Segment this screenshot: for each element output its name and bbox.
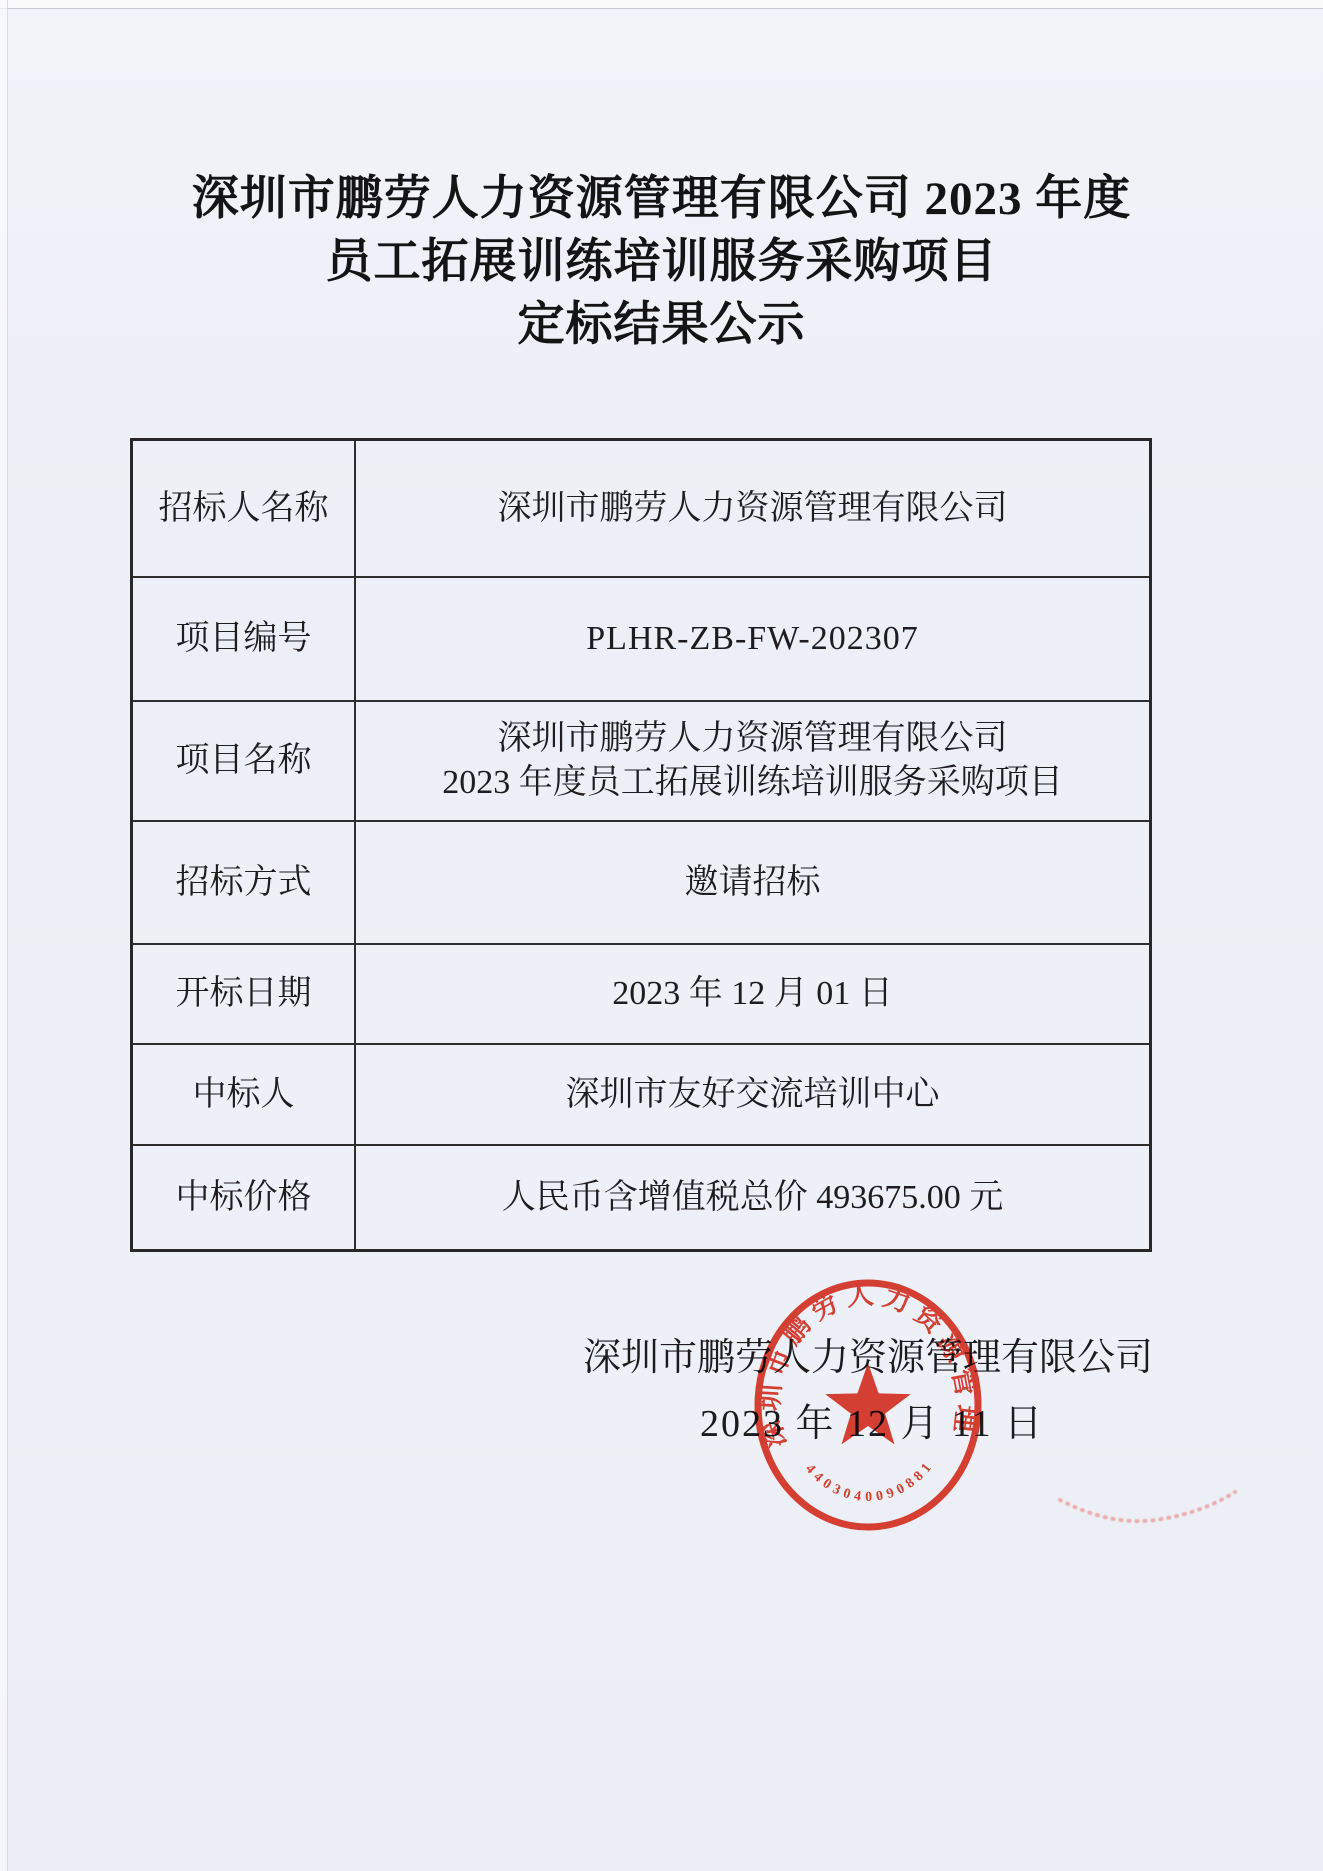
row-value-project-no: PLHR-ZB-FW-202307 xyxy=(356,578,1149,702)
title-line-2: 员工拓展训练培训服务采购项目 xyxy=(0,231,1323,294)
cell-text: 深圳市鹏劳人力资源管理有限公司 xyxy=(498,717,1008,761)
seal-number-text: 4403040090881 xyxy=(802,1459,936,1506)
cell-text: 2023 年度员工拓展训练培训服务采购项目 xyxy=(442,761,1063,805)
seal-star-icon xyxy=(825,1363,911,1444)
row-value-open-date: 2023 年 12 月 01 日 xyxy=(356,945,1149,1045)
title-line-1: 深圳市鹏劳人力资源管理有限公司 2023 年度 xyxy=(0,168,1323,231)
bid-result-table: 招标人名称 深圳市鹏劳人力资源管理有限公司 项目编号 PLHR-ZB-FW-20… xyxy=(130,438,1152,1252)
document-page: 深圳市鹏劳人力资源管理有限公司 2023 年度 员工拓展训练培训服务采购项目 定… xyxy=(0,0,1323,1871)
stamp-smudge-mark xyxy=(1050,1478,1250,1548)
row-value-project-name: 深圳市鹏劳人力资源管理有限公司 2023 年度员工拓展训练培训服务采购项目 xyxy=(356,702,1149,822)
row-label-open-date: 开标日期 xyxy=(133,945,356,1045)
cell-text: PLHR-ZB-FW-202307 xyxy=(586,617,918,661)
cell-text: 深圳市友好交流培训中心 xyxy=(566,1073,940,1117)
row-label-price: 中标价格 xyxy=(133,1146,356,1249)
row-value-price: 人民币含增值税总价 493675.00 元 xyxy=(356,1146,1149,1249)
cell-text: 深圳市鹏劳人力资源管理有限公司 xyxy=(498,487,1008,531)
cell-text: 人民币含增值税总价 493675.00 元 xyxy=(502,1176,1004,1220)
row-value-bid-method: 邀请招标 xyxy=(356,822,1149,945)
svg-text:4403040090881: 4403040090881 xyxy=(802,1459,936,1506)
row-value-winner: 深圳市友好交流培训中心 xyxy=(356,1045,1149,1146)
company-seal-stamp: 深圳市鹏劳人力资源管理有限公司 4403040090881 xyxy=(735,1262,1001,1552)
scan-edge-top xyxy=(0,0,1323,9)
row-label-project-name: 项目名称 xyxy=(133,702,356,822)
row-label-winner: 中标人 xyxy=(133,1045,356,1146)
row-value-tenderer: 深圳市鹏劳人力资源管理有限公司 xyxy=(356,441,1149,578)
row-label-tenderer: 招标人名称 xyxy=(133,441,356,578)
cell-text: 2023 年 12 月 01 日 xyxy=(612,972,893,1016)
row-label-bid-method: 招标方式 xyxy=(133,822,356,945)
cell-text: 邀请招标 xyxy=(685,861,821,905)
document-title: 深圳市鹏劳人力资源管理有限公司 2023 年度 员工拓展训练培训服务采购项目 定… xyxy=(0,168,1323,357)
row-label-project-no: 项目编号 xyxy=(133,578,356,702)
title-line-3: 定标结果公示 xyxy=(0,294,1323,357)
